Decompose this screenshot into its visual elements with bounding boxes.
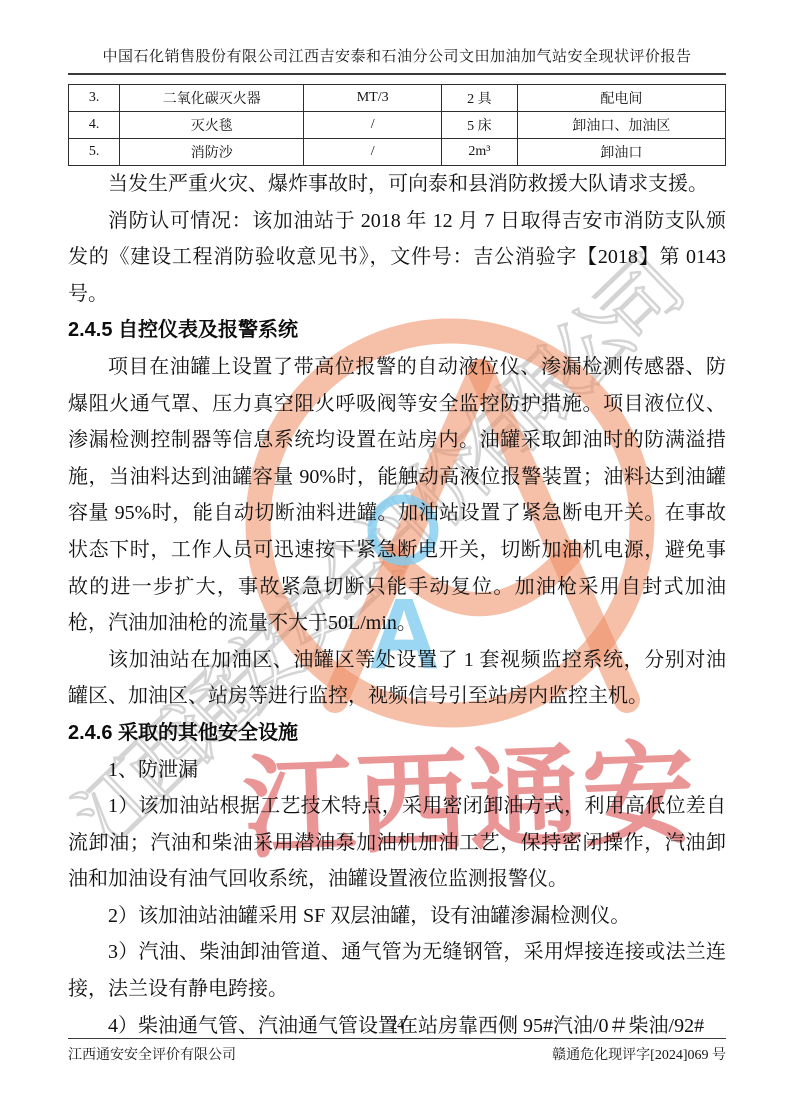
cell-location: 配电间 — [517, 85, 725, 112]
paragraph: 1）该加油站根据工艺技术特点，采用密闭卸油方式，利用高低位差自流卸油；汽油和柴油… — [68, 788, 726, 898]
paragraph: 3）汽油、柴油卸油管道、通气管为无缝钢管，采用焊接连接或法兰连接，法兰设有静电跨… — [68, 934, 726, 1007]
footer-company: 江西通安安全评价有限公司 — [68, 1044, 236, 1064]
cell-qty: 5 床 — [442, 112, 518, 139]
cell-name: 二氧化碳灭火器 — [120, 85, 304, 112]
section-heading-2-4-6: 2.4.6 采取的其他安全设施 — [68, 715, 726, 752]
table-row: 5. 消防沙 / 2m³ 卸油口 — [69, 139, 726, 166]
cell-no: 5. — [69, 139, 120, 166]
fire-equipment-table: 3. 二氧化碳灭火器 MT/3 2 具 配电间 4. 灭火毯 / 5 床 卸油口… — [68, 84, 726, 166]
cell-no: 3. — [69, 85, 120, 112]
cell-qty: 2m³ — [442, 139, 518, 166]
paragraph: 该加油站在加油区、油罐区等处设置了 1 套视频监控系统，分别对油罐区、加油区、站… — [68, 642, 726, 715]
paragraph: 2）该加油站油罐采用 SF 双层油罐，设有油罐渗漏检测仪。 — [68, 898, 726, 935]
cell-name: 灭火毯 — [120, 112, 304, 139]
cell-location: 卸油口 — [517, 139, 725, 166]
table-row: 4. 灭火毯 / 5 床 卸油口、加油区 — [69, 112, 726, 139]
paragraph: 1、防泄漏 — [68, 752, 726, 789]
table-row: 3. 二氧化碳灭火器 MT/3 2 具 配电间 — [69, 85, 726, 112]
body-text: 当发生严重火灾、爆炸事故时，可向泰和县消防救援大队请求支援。 消防认可情况：该加… — [68, 166, 726, 1044]
cell-no: 4. — [69, 112, 120, 139]
cell-model: MT/3 — [304, 85, 442, 112]
footer-doc-number: 赣通危化现评字[2024]069 号 — [552, 1044, 726, 1064]
page-footer: 24 江西通安安全评价有限公司 赣通危化现评字[2024]069 号 — [68, 1018, 726, 1064]
page-header: 中国石化销售股份有限公司江西吉安泰和石油分公司文田加油加气站安全现状评价报告 — [68, 0, 726, 75]
cell-model: / — [304, 139, 442, 166]
page-number: 24 — [68, 1018, 726, 1038]
document-page: 江西通安安全评价有限公司 A 江西通安 中国石化销售股份有限公司江西吉安泰和石油… — [0, 0, 793, 1120]
page-content: 中国石化销售股份有限公司江西吉安泰和石油分公司文田加油加气站安全现状评价报告 3… — [0, 0, 793, 1044]
cell-model: / — [304, 112, 442, 139]
paragraph: 项目在油罐上设置了带高位报警的自动液位仪、渗漏检测传感器、防爆阻火通气罩、压力真… — [68, 349, 726, 642]
paragraph: 当发生严重火灾、爆炸事故时，可向泰和县消防救援大队请求支援。 — [68, 166, 726, 203]
cell-location: 卸油口、加油区 — [517, 112, 725, 139]
cell-name: 消防沙 — [120, 139, 304, 166]
report-title: 中国石化销售股份有限公司江西吉安泰和石油分公司文田加油加气站安全现状评价报告 — [68, 45, 726, 66]
section-heading-2-4-5: 2.4.5 自控仪表及报警系统 — [68, 312, 726, 349]
cell-qty: 2 具 — [442, 85, 518, 112]
paragraph: 消防认可情况：该加油站于 2018 年 12 月 7 日取得吉安市消防支队颁发的… — [68, 203, 726, 313]
